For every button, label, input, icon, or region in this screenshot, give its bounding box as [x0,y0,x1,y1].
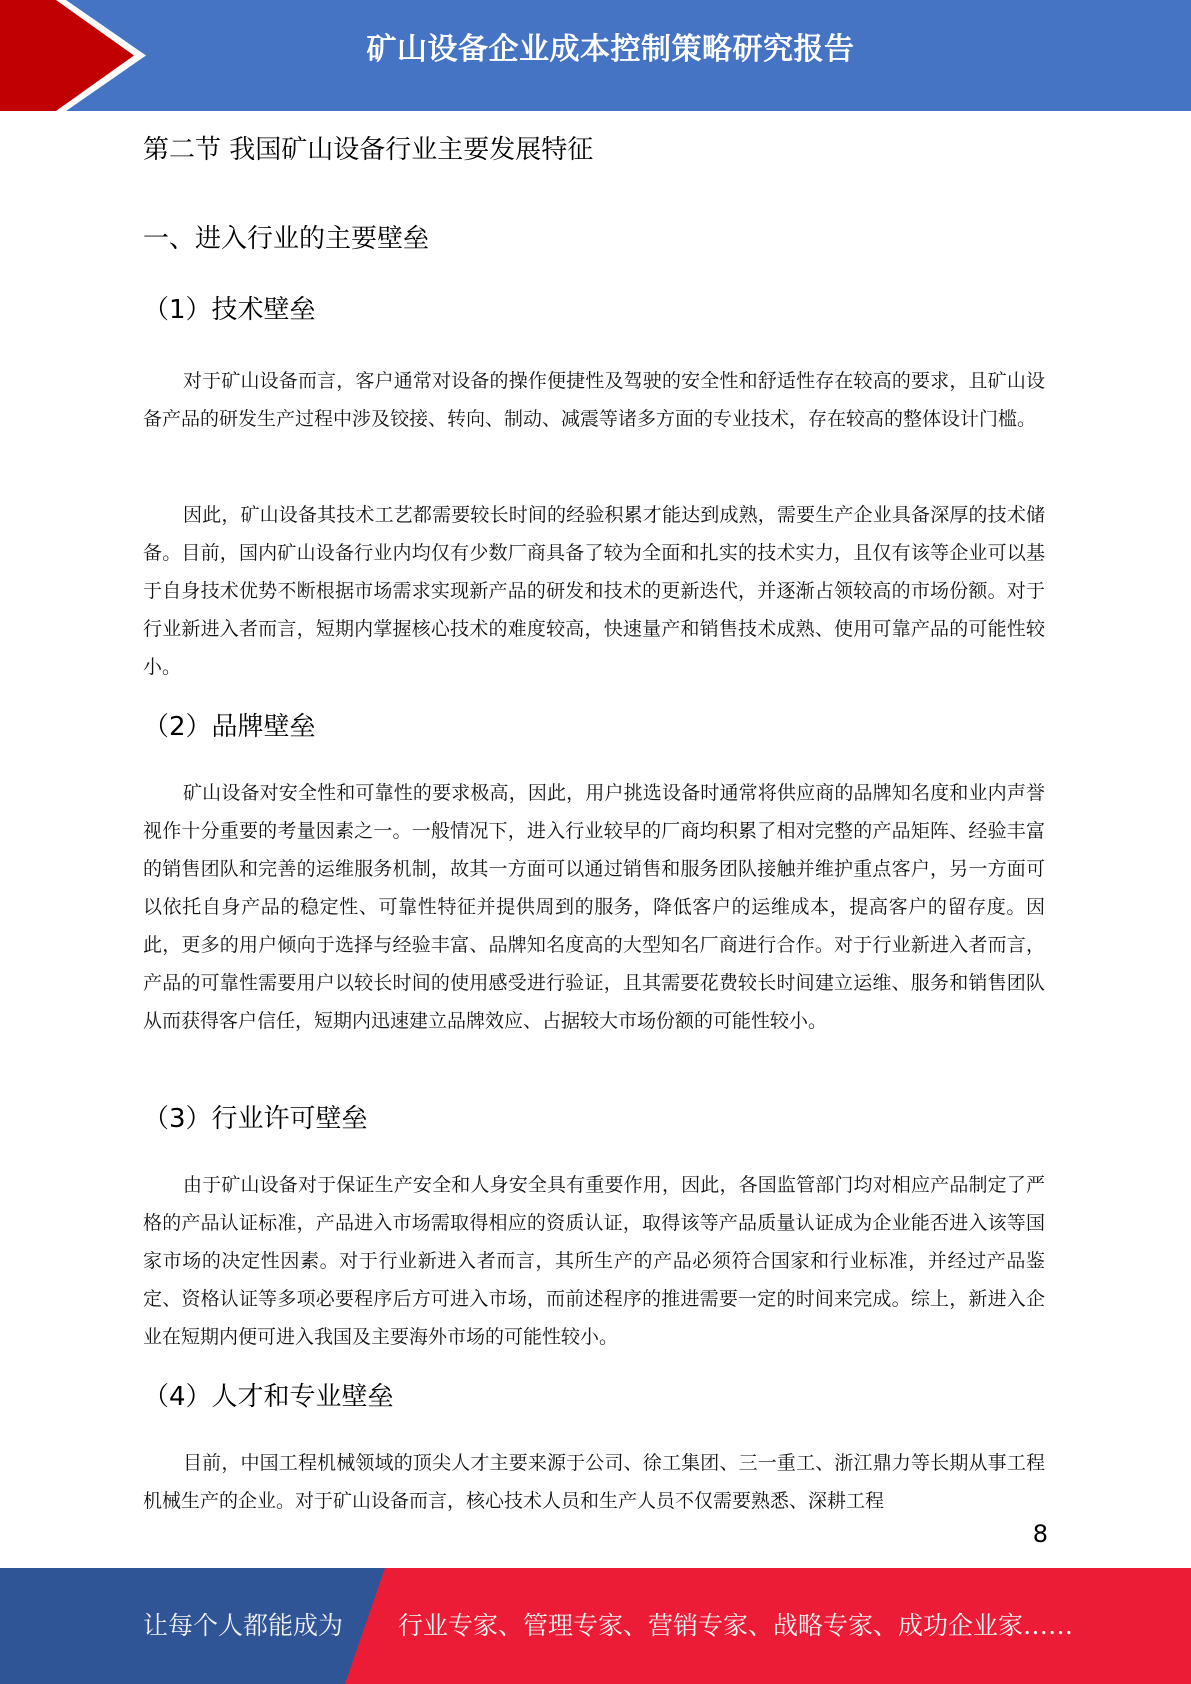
subsection-heading-talent: （4）人才和专业壁垒 [143,1377,394,1417]
page-footer: 让每个人都能成为 行业专家、管理专家、营销专家、战略专家、成功企业家…… [0,1568,1191,1684]
paragraph: 因此，矿山设备其技术工艺都需要较长时间的经验积累才能达到成熟，需要生产企业具备深… [143,496,1045,686]
report-title: 矿山设备企业成本控制策略研究报告 [0,0,1191,100]
page-number: 8 [1033,1518,1048,1550]
section-heading: 第二节 我国矿山设备行业主要发展特征 [143,120,593,180]
part-heading: 一、进入行业的主要壁垒 [143,219,429,259]
paragraph: 由于矿山设备对于保证生产安全和人身安全具有重要作用，因此，各国监管部门均对相应产… [143,1166,1045,1356]
subsection-heading-license: （3）行业许可壁垒 [143,1099,368,1139]
subsection-heading-brand: （2）品牌壁垒 [143,707,316,747]
footer-slogan-right: 行业专家、管理专家、营销专家、战略专家、成功企业家…… [398,1568,1073,1684]
paragraph: 矿山设备对安全性和可靠性的要求极高，因此，用户挑选设备时通常将供应商的品牌知名度… [143,774,1045,1040]
footer-slogan-left: 让每个人都能成为 [143,1568,343,1684]
subsection-heading-technology: （1）技术壁垒 [143,290,316,330]
page-header: 矿山设备企业成本控制策略研究报告 [0,0,1191,111]
paragraph: 对于矿山设备而言，客户通常对设备的操作便捷性及驾驶的安全性和舒适性存在较高的要求… [143,362,1045,438]
paragraph: 目前，中国工程机械领域的顶尖人才主要来源于公司、徐工集团、三一重工、浙江鼎力等长… [143,1444,1045,1520]
